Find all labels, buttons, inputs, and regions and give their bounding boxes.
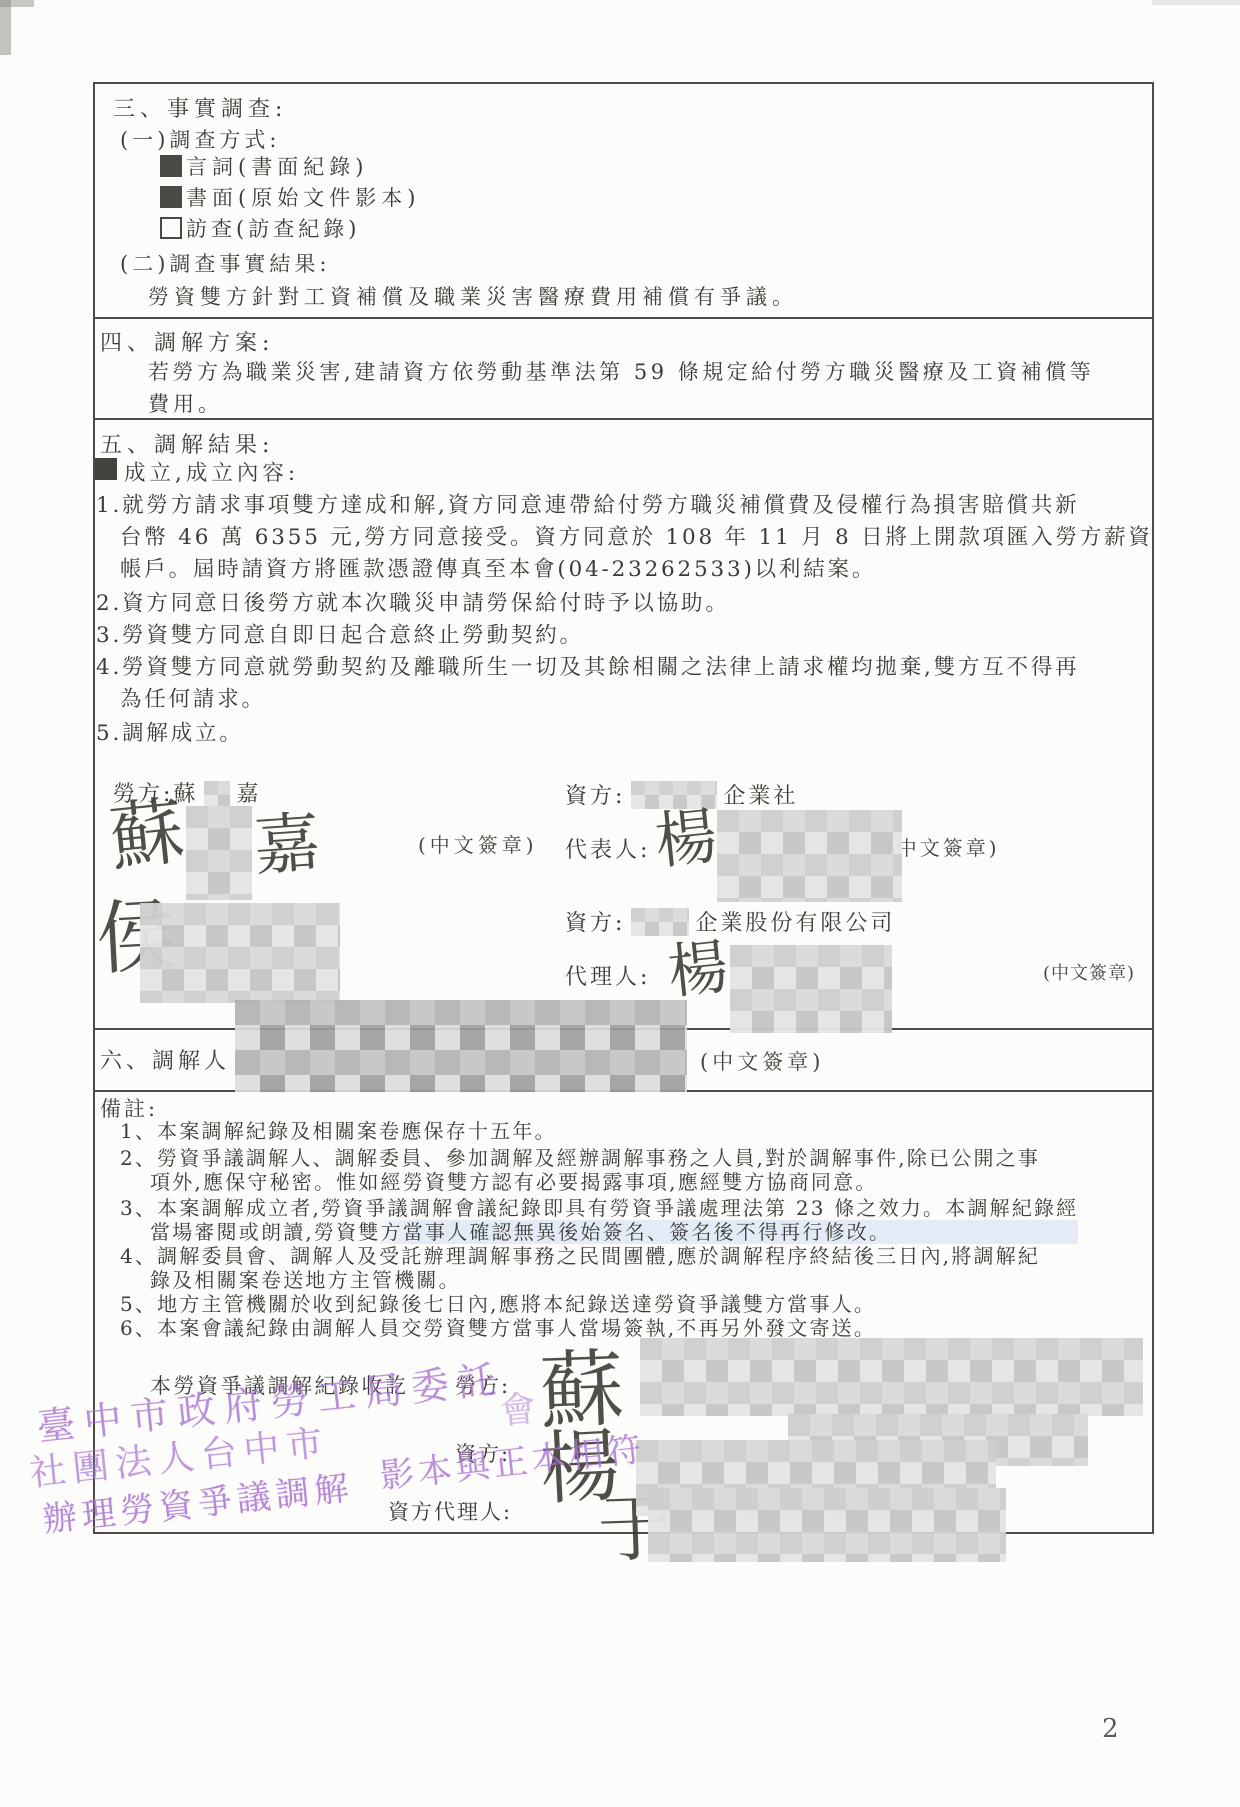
note-item-3: 3、本案調解成立者,勞資爭議調解會議紀錄即具有勞資爭議處理法第 23 條之效力。… <box>120 1196 1078 1244</box>
employer2-company-suffix: 企業股份有限公司 <box>695 911 895 936</box>
scanned-mediation-record-page: 三、事實調查: (一)調查方式: 言詞(書面紀錄) 書面(原始文件影本) 訪查(… <box>0 0 1240 1807</box>
employer1-representative-label: 代表人: <box>565 833 650 864</box>
mediator-section-title: 六、調解人 <box>100 1044 230 1075</box>
note-item-5: 5、地方主管機關於收到紀錄後七日內,應將本紀錄送達勞資爭議雙方當事人。 <box>120 1292 876 1316</box>
redacted-area <box>631 908 689 936</box>
note-line: 4、調解委員會、調解人及受託辦理調解事務之民間團體,應於調解程序終結後三日內,將… <box>120 1244 1040 1268</box>
chinese-signature-hint: (中文簽章) <box>418 829 538 858</box>
note-item-2: 2、勞資爭議調解人、調解委員、參加調解及經辦調解事務之人員,對於調解事件,除已公… <box>120 1146 1040 1194</box>
note-item-6: 6、本案會議紀錄由調解人員交勞資雙方當事人當場簽執,不再另外發文寄送。 <box>120 1316 876 1340</box>
method-option-verbal: 言詞(書面紀錄) <box>160 151 368 181</box>
result-section-title: 五、調解結果: <box>100 428 274 459</box>
fact-method-heading: (一)調查方式: <box>120 124 280 154</box>
receipt-statement: 本勞資爭議調解紀錄收訖 <box>150 1370 409 1400</box>
scan-edge-artifact <box>0 0 11 55</box>
chinese-signature-hint: (中文簽章) <box>700 1046 824 1076</box>
scan-edge-artifact <box>1152 0 1240 5</box>
labor-party-name-suffix: 嘉 <box>236 782 261 807</box>
receipt-employer-label: 資方: <box>455 1438 510 1468</box>
redacted-area <box>640 1338 1143 1416</box>
result-item-line: 5.調解成立。 <box>96 716 244 747</box>
redacted-area <box>648 1488 1006 1562</box>
section-divider <box>93 418 1154 420</box>
redacted-area <box>717 810 902 902</box>
employer2-label: 資方: <box>565 911 625 936</box>
plan-line: 若勞方為職業災害,建請資方依勞動基準法第 59 條規定給付勞方職災醫療及工資補償… <box>148 356 1094 386</box>
checkbox-checked-icon <box>95 458 117 480</box>
result-item-line: 2.資方同意日後勞方就本次職災申請勞保給付時予以協助。 <box>96 586 730 617</box>
receipt-agent-label: 資方代理人: <box>388 1496 512 1526</box>
method-label: 言詞(書面紀錄) <box>186 155 368 179</box>
method-option-visit: 訪查(訪查紀錄) <box>160 213 360 243</box>
fact-result-heading: (二)調查事實結果: <box>120 248 330 278</box>
method-label: 書面(原始文件影本) <box>186 186 420 210</box>
scan-edge-artifact <box>0 0 34 7</box>
result-item-line: 台幣 46 萬 6355 元,勞方同意接受。資方同意於 108 年 11 月 8… <box>120 520 1153 551</box>
note-line: 錄及相關案卷送地方主管機關。 <box>120 1268 1040 1292</box>
note-item-1: 1、本案調解紀錄及相關案卷應保存十五年。 <box>120 1119 557 1143</box>
note-line: 1、本案調解紀錄及相關案卷應保存十五年。 <box>120 1119 557 1143</box>
note-item-4: 4、調解委員會、調解人及受託辦理調解事務之民間團體,應於調解程序終結後三日內,將… <box>120 1244 1040 1292</box>
employer2-company-row: 資方:企業股份有限公司 <box>565 906 895 937</box>
redacted-area <box>186 806 252 900</box>
employer2-agent-label: 代理人: <box>565 960 650 991</box>
result-item-line: 為任何請求。 <box>120 682 266 713</box>
note-line: 2、勞資爭議調解人、調解委員、參加調解及經辦調解事務之人員,對於調解事件,除已公… <box>120 1146 1040 1170</box>
chinese-signature-hint: (中文簽章) <box>1043 959 1135 985</box>
fact-section-title: 三、事實調查: <box>113 92 287 123</box>
result-item-line: 3.勞資雙方同意自即日起合意終止勞動契約。 <box>96 618 584 649</box>
redacted-area-mediator-signature <box>235 1000 687 1092</box>
chinese-signature-hint: (中文簽章) <box>886 832 1000 861</box>
employer1-representative-handwriting: 楊 <box>652 805 720 873</box>
redacted-area <box>140 903 340 1003</box>
note-line: 5、地方主管機關於收到紀錄後七日內,應將本紀錄送達勞資爭議雙方當事人。 <box>120 1292 876 1316</box>
note-line: 3、本案調解成立者,勞資爭議調解會議紀錄即具有勞資爭議處理法第 23 條之效力。… <box>120 1196 1078 1220</box>
method-option-written: 書面(原始文件影本) <box>160 182 420 212</box>
method-label: 訪查(訪查紀錄) <box>186 217 360 241</box>
fact-result-text: 勞資雙方針對工資補償及職業災害醫療費用補償有爭議。 <box>148 281 798 311</box>
result-status-text: 成立,成立內容: <box>124 456 299 487</box>
result-item-line: 1.就勞方請求事項雙方達成和解,資方同意連帶給付勞方職災補償費及侵權行為損害賠償… <box>96 488 1079 519</box>
employer1-company-suffix: 企業社 <box>723 784 798 809</box>
plan-line: 費用。 <box>148 388 223 418</box>
checkbox-empty-icon <box>160 217 182 239</box>
note-line: 6、本案會議紀錄由調解人員交勞資雙方當事人當場簽執,不再另外發文寄送。 <box>120 1316 876 1340</box>
note-line: 當場審閱或朗讀,勞資雙方當事人確認無異後始簽名、簽名後不得再行修改。 <box>120 1220 1078 1244</box>
receipt-labor-label: 勞方: <box>455 1370 510 1400</box>
plan-section-title: 四、調解方案: <box>100 326 274 357</box>
employer1-label: 資方: <box>565 784 625 809</box>
employer2-agent-handwriting: 楊 <box>665 937 731 1003</box>
section-divider <box>93 317 1154 319</box>
result-item-line: 4.勞資雙方同意就勞動契約及離職所生一切及其餘相關之法律上請求權均拋棄,雙方互不… <box>96 650 1079 681</box>
redacted-area <box>204 781 230 807</box>
checkbox-checked-icon <box>160 186 182 208</box>
redacted-area <box>730 945 892 1033</box>
page-number: 2 <box>1102 1714 1119 1744</box>
labor-signature-handwriting: 嘉 <box>252 810 322 880</box>
note-line: 項外,應保守秘密。惟如經勞資雙方認有必要揭露事項,應經雙方協商同意。 <box>120 1170 1040 1194</box>
result-item-line: 帳戶。屆時請資方將匯款憑證傳真至本會(04-23262533)以利結案。 <box>120 552 876 583</box>
checkbox-checked-icon <box>160 155 182 177</box>
labor-signature-handwriting: 蘇 <box>106 794 187 875</box>
